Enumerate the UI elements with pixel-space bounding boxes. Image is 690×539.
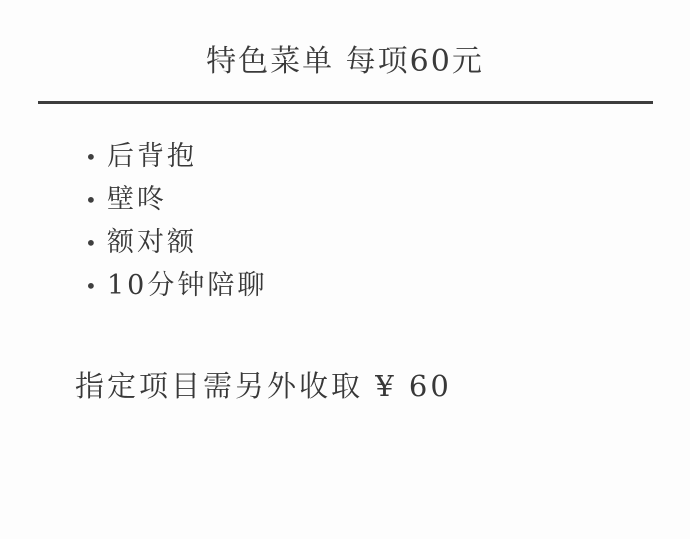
menu-item-label: 后背抱 xyxy=(107,142,197,172)
list-item: • 壁咚 xyxy=(85,185,690,215)
menu-item-list: • 后背抱 • 壁咚 • 额对额 • 10分钟陪聊 xyxy=(0,142,690,301)
bullet-icon: • xyxy=(85,228,107,258)
menu-item-label: 额对额 xyxy=(107,228,197,258)
title-divider xyxy=(38,101,653,104)
bullet-icon: • xyxy=(85,185,107,215)
surcharge-note: 指定项目需另外收取 ¥ 60 xyxy=(0,371,690,401)
list-item: • 额对额 xyxy=(85,228,690,258)
menu-item-label: 壁咚 xyxy=(107,185,167,215)
bullet-icon: • xyxy=(85,271,107,301)
menu-title: 特色菜单 每项60元 xyxy=(0,0,690,80)
list-item: • 10分钟陪聊 xyxy=(85,271,690,301)
list-item: • 后背抱 xyxy=(85,142,690,172)
menu-item-label: 10分钟陪聊 xyxy=(107,271,267,301)
menu-card: 特色菜单 每项60元 • 后背抱 • 壁咚 • 额对额 • 10分钟陪聊 指定项… xyxy=(0,0,690,539)
bullet-icon: • xyxy=(85,142,107,172)
